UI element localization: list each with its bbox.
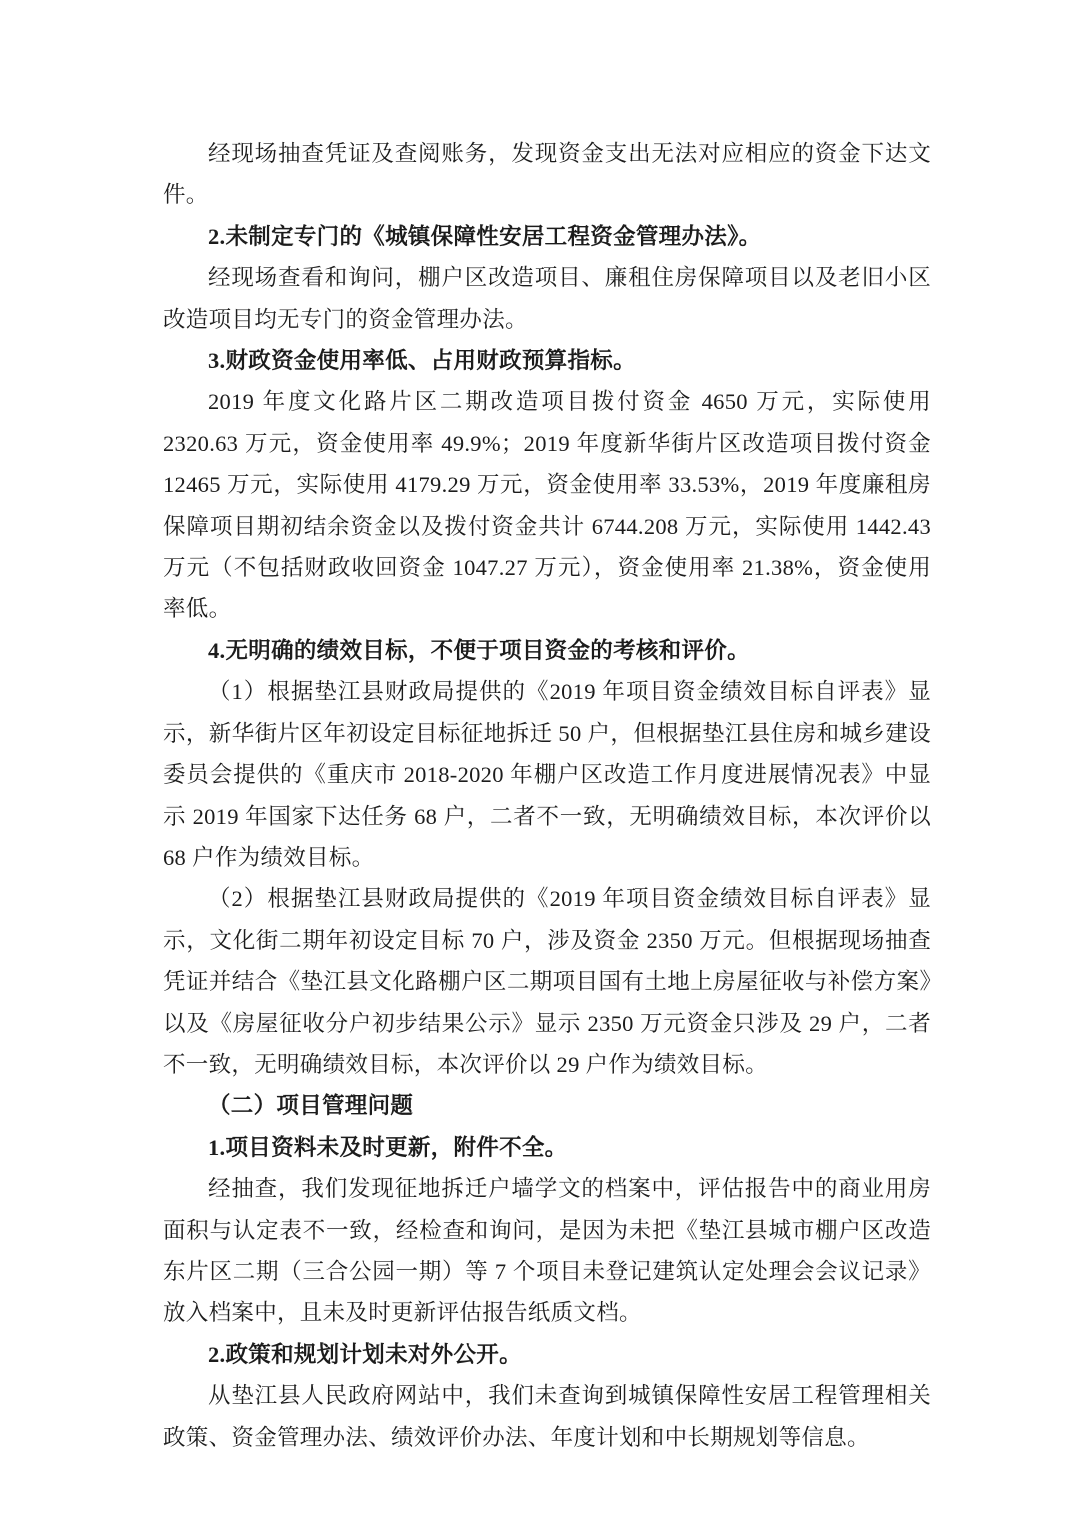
- document-page: 经现场抽查凭证及查阅账务，发现资金支出无法对应相应的资金下达文件。2.未制定专门…: [0, 0, 1074, 1520]
- paragraph: 2019 年度文化路片区二期改造项目拨付资金 4650 万元，实际使用 2320…: [163, 381, 931, 629]
- section-heading: 1.项目资料未及时更新，附件不全。: [163, 1127, 931, 1168]
- section-heading: 3.财政资金使用率低、占用财政预算指标。: [163, 340, 931, 381]
- paragraph: 从垫江县人民政府网站中，我们未查询到城镇保障性安居工程管理相关政策、资金管理办法…: [163, 1375, 931, 1458]
- paragraph: 经现场查看和询问，棚户区改造项目、廉租住房保障项目以及老旧小区改造项目均无专门的…: [163, 257, 931, 340]
- section-heading: 4.无明确的绩效目标，不便于项目资金的考核和评价。: [163, 630, 931, 671]
- paragraph: （2）根据垫江县财政局提供的《2019 年项目资金绩效目标自评表》显示，文化街二…: [163, 878, 931, 1085]
- paragraph: 经现场抽查凭证及查阅账务，发现资金支出无法对应相应的资金下达文件。: [163, 133, 931, 216]
- paragraph: 经抽查，我们发现征地拆迁户墙学文的档案中，评估报告中的商业用房面积与认定表不一致…: [163, 1168, 931, 1334]
- document-body: 经现场抽查凭证及查阅账务，发现资金支出无法对应相应的资金下达文件。2.未制定专门…: [163, 133, 931, 1458]
- section-heading: 2.政策和规划计划未对外公开。: [163, 1334, 931, 1375]
- paragraph: （1）根据垫江县财政局提供的《2019 年项目资金绩效目标自评表》显示，新华街片…: [163, 671, 931, 878]
- section-heading: （二）项目管理问题: [163, 1085, 931, 1126]
- section-heading: 2.未制定专门的《城镇保障性安居工程资金管理办法》。: [163, 216, 931, 257]
